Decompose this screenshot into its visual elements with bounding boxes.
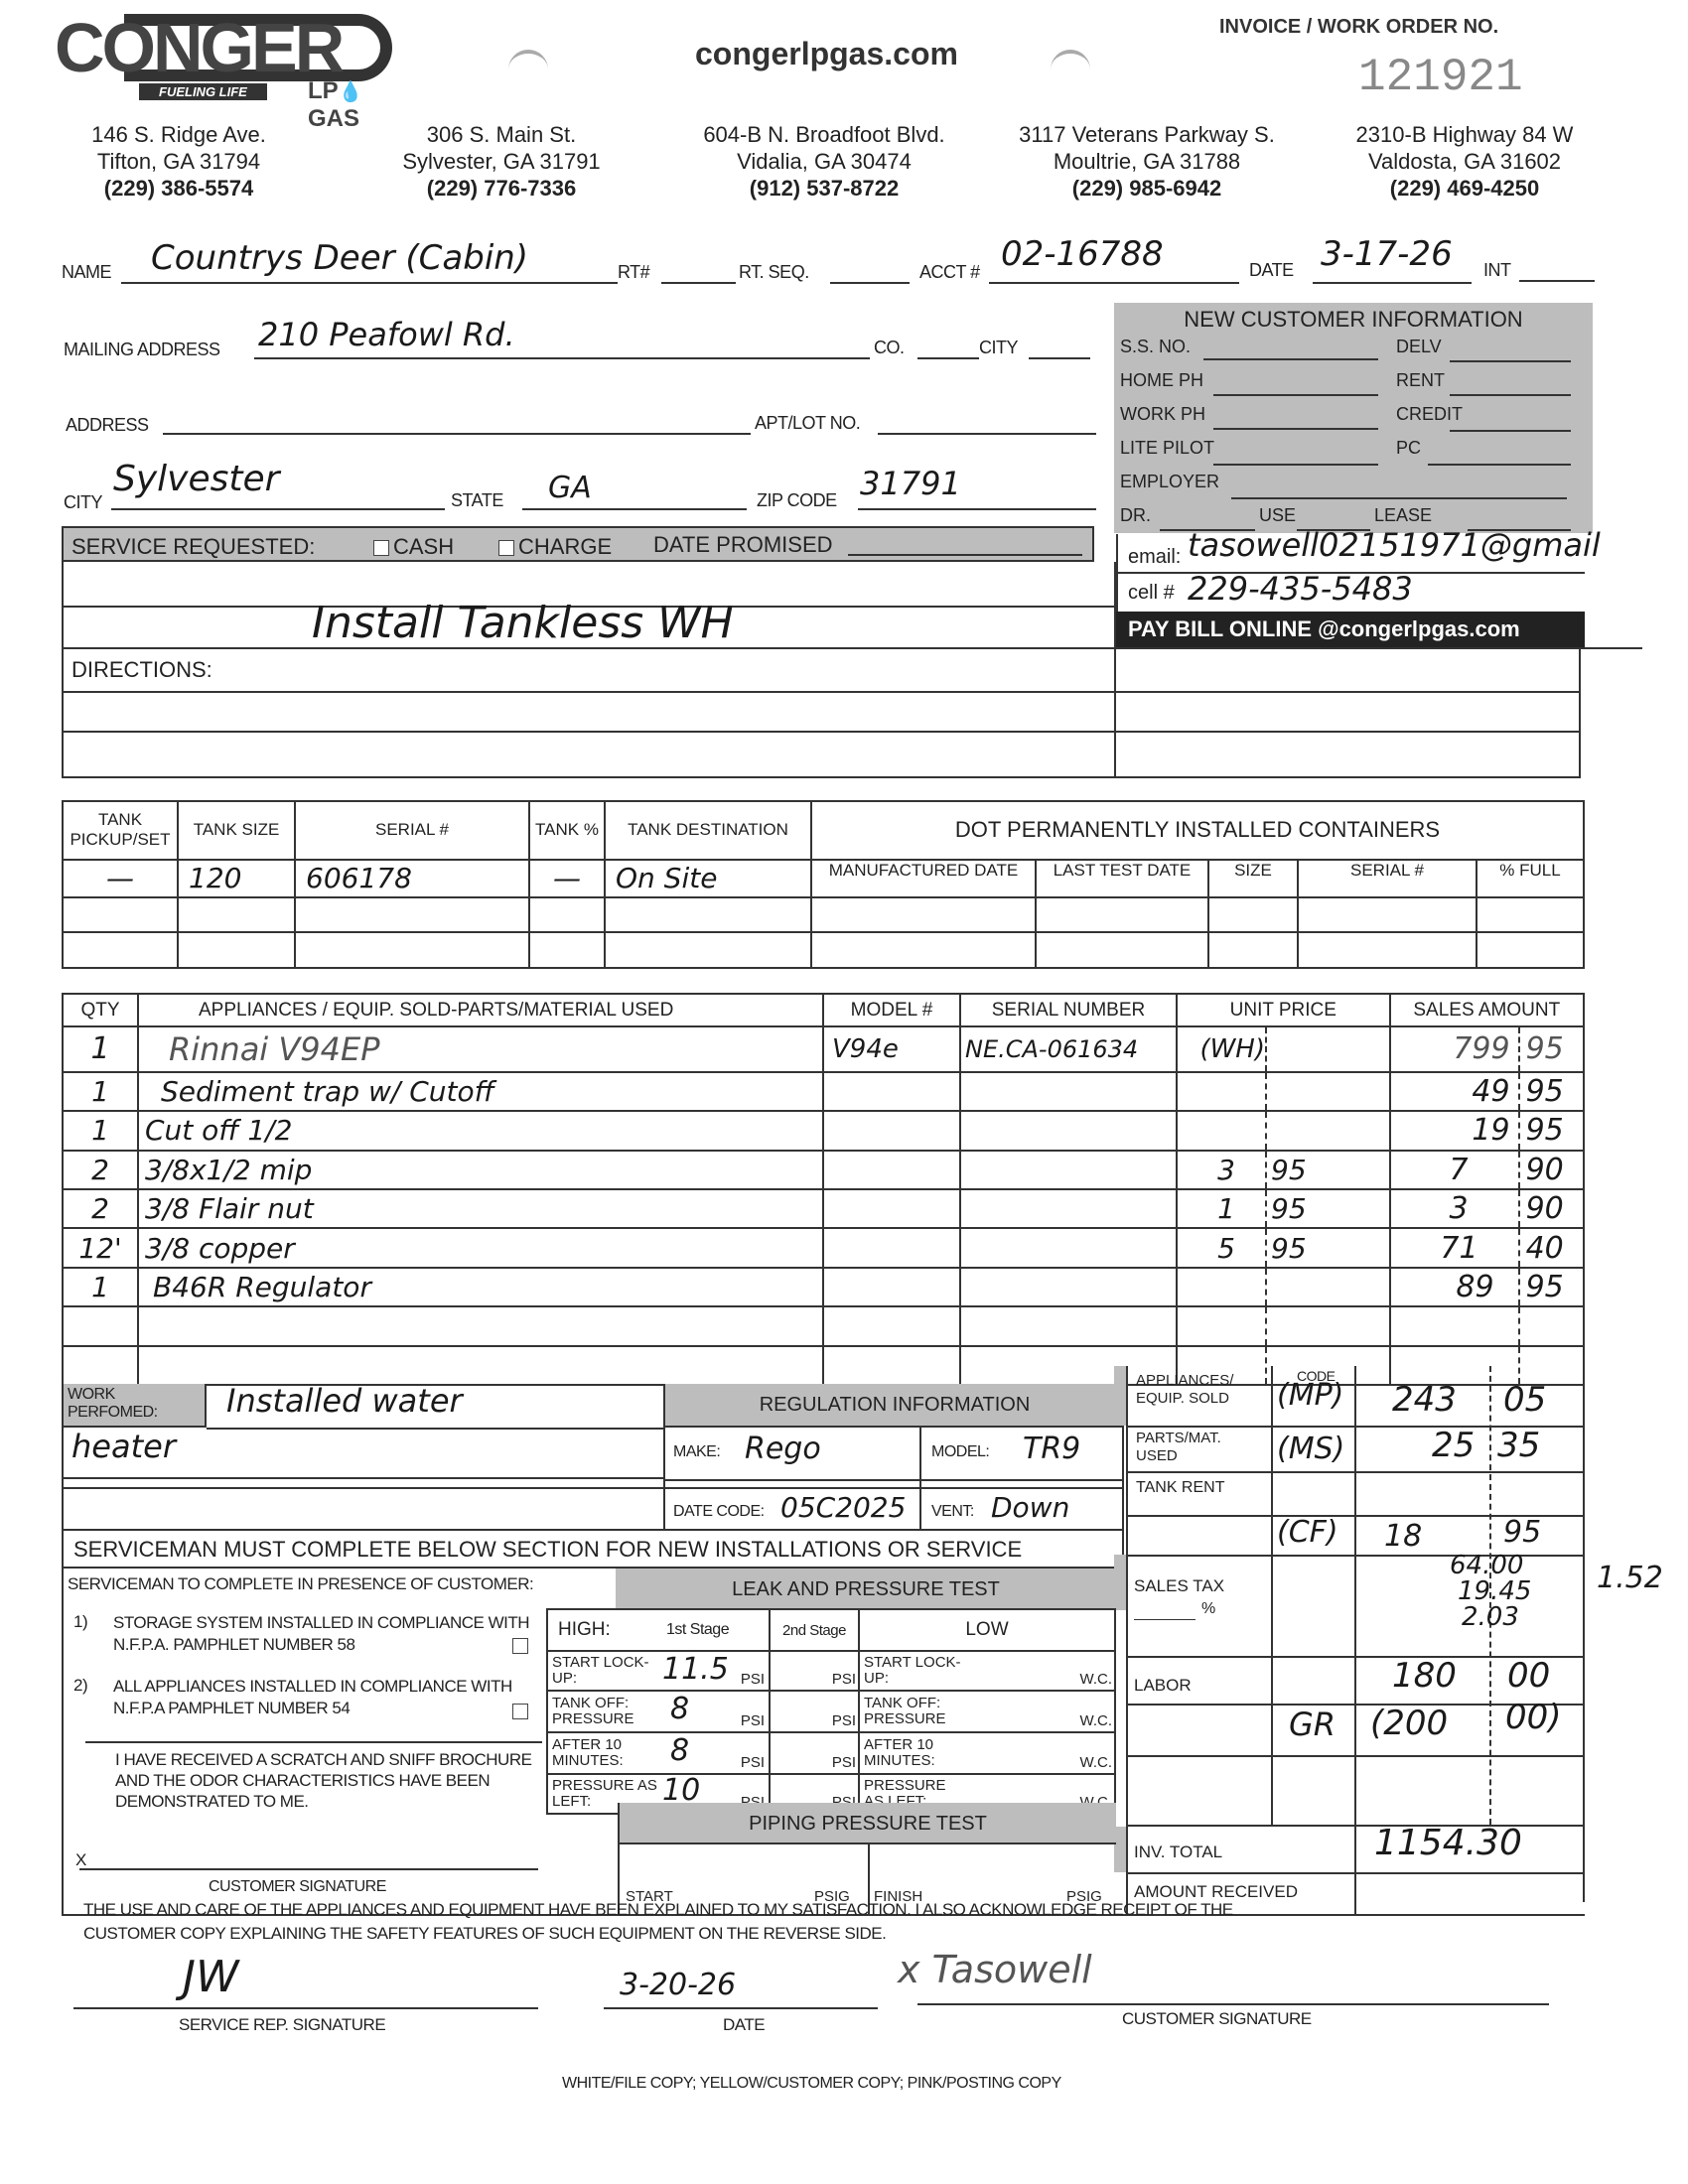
logo-tagline: FUELING LIFE (139, 83, 267, 100)
zip-field[interactable]: 31791 (858, 469, 1096, 510)
locations: 146 S. Ridge Ave. Tifton, GA 31794 (229)… (40, 121, 1628, 201)
dot-row[interactable] (811, 932, 1584, 968)
make-label: MAKE: (673, 1443, 720, 1461)
mailing-label: MAILING ADDRESS (64, 340, 220, 360)
customer-signature[interactable]: x Tasowell (917, 1946, 1549, 2005)
punch-hole-right (1051, 50, 1090, 89)
service-request-text[interactable]: Install Tankless WH (312, 598, 734, 648)
items-table: QTY APPLIANCES / EQUIP. SOLD-PARTS/MATER… (62, 993, 1585, 1386)
piping-test-title: PIPING PRESSURE TEST (618, 1803, 1116, 1844)
tax-note-1: 64.00 (1450, 1553, 1523, 1578)
work-ph-field[interactable] (1213, 416, 1378, 430)
work-line-1[interactable]: Installed water (226, 1382, 463, 1420)
tax-note-2: 19.45 (1458, 1578, 1531, 1604)
compliance-checkbox-2[interactable] (512, 1704, 528, 1719)
labor-label: LABOR (1134, 1676, 1192, 1696)
make-value[interactable]: Rego (745, 1432, 821, 1466)
state-field[interactable]: GA (522, 473, 747, 510)
compliance-item-2: ALL APPLIANCES INSTALLED IN COMPLIANCE W… (113, 1676, 540, 1719)
leak-test-title: LEAK AND PRESSURE TEST (616, 1569, 1116, 1610)
tank-row[interactable] (63, 897, 811, 931)
sales-tax-pct-field[interactable] (1134, 1604, 1196, 1620)
tank-row[interactable] (63, 932, 811, 968)
item-row[interactable] (63, 1306, 1584, 1345)
mailing-field[interactable]: 210 Peafowl Rd. (254, 318, 870, 359)
co-label: CO. (874, 338, 905, 358)
location-moultrie: 3117 Veterans Parkway S. Moultrie, GA 31… (988, 121, 1306, 202)
item-row[interactable]: 1 Sediment trap w/ Cutoff 49 95 (63, 1072, 1584, 1111)
gr-cents: 00) (1505, 1698, 1562, 1737)
co-field[interactable] (917, 338, 979, 359)
summary-label-tank-rent: TANK RENT (1136, 1479, 1224, 1497)
employer-field[interactable] (1231, 485, 1567, 499)
new-customer-panel: NEW CUSTOMER INFORMATION S.S. NO. DELV H… (1114, 303, 1593, 533)
summary-dollars-appliances: 243 (1392, 1380, 1457, 1420)
item-row[interactable]: 1 Cut off 1/2 19 95 (63, 1111, 1584, 1150)
acct-label: ACCT # (919, 262, 980, 283)
logo-brand: CONGER (55, 8, 342, 87)
ss-label: S.S. NO. (1120, 337, 1191, 357)
location-vidalia: 604-B N. Broadfoot Blvd. Vidalia, GA 304… (660, 121, 988, 202)
city-label: CITY (64, 492, 102, 513)
work-ph-label: WORK PH (1120, 404, 1205, 425)
location-valdosta: 2310-B Highway 84 W Valdosta, GA 31602 (… (1321, 121, 1609, 202)
address-field[interactable] (163, 413, 751, 435)
rt-label: RT# (618, 262, 649, 283)
summary-code-appliances: (MP) (1277, 1378, 1343, 1413)
inv-total-label: INV. TOTAL (1134, 1843, 1222, 1862)
punch-hole-left (508, 50, 548, 89)
city-field[interactable]: Sylvester (111, 467, 445, 510)
name-label: NAME (62, 262, 111, 283)
item-row[interactable]: 12' 3/8 copper 5 95 71 40 (63, 1228, 1584, 1267)
cell-value: 229-435-5483 (1188, 570, 1413, 608)
compliance-checkbox-1[interactable] (512, 1638, 528, 1654)
vent-value[interactable]: Down (991, 1491, 1069, 1524)
regulation-title-bar: REGULATION INFORMATION (663, 1384, 1124, 1428)
apt-field[interactable] (878, 413, 1096, 435)
gr-dollars: (200 (1370, 1704, 1448, 1743)
date-promised-field[interactable] (848, 554, 1082, 556)
company-logo: CONGER FUELING LIFE LP💧GAS (55, 12, 402, 106)
website: congerlpgas.com (695, 36, 958, 72)
leak-row-after-10[interactable]: AFTER 10 MINUTES: 8PSI PSI AFTER 10 MINU… (547, 1732, 1115, 1774)
use-label: USE (1259, 505, 1296, 526)
delv-label: DELV (1396, 337, 1442, 357)
date-field[interactable]: 3-17-26 (1313, 238, 1472, 284)
lite-pilot-field[interactable] (1213, 452, 1378, 466)
employer-label: EMPLOYER (1120, 472, 1219, 492)
summary-code-cf: (CF) (1277, 1515, 1338, 1550)
service-requested-bar: SERVICE REQUESTED: CASH CHARGE DATE PROM… (62, 526, 1094, 562)
serviceman-notice: SERVICEMAN MUST COMPLETE BELOW SECTION F… (62, 1529, 1124, 1569)
charge-checkbox[interactable]: CHARGE (498, 534, 612, 560)
int-field[interactable] (1519, 262, 1595, 282)
rtseq-label: RT. SEQ. (739, 262, 809, 283)
acct-field[interactable]: 02-16788 (989, 238, 1239, 284)
dr-label: DR. (1120, 505, 1151, 526)
item-row[interactable]: 2 3/8 Flair nut 1 95 3 90 (63, 1189, 1584, 1228)
credit-field[interactable] (1450, 418, 1571, 432)
work-line-2[interactable]: heater (71, 1428, 176, 1465)
new-customer-title: NEW CUSTOMER INFORMATION (1114, 307, 1593, 333)
location-tifton: 146 S. Ridge Ave. Tifton, GA 31794 (229)… (40, 121, 318, 202)
summary-label-parts: PARTS/MAT. USED (1136, 1430, 1245, 1465)
leak-test-table: HIGH: 1st Stage 2nd Stage LOW START LOCK… (546, 1608, 1116, 1815)
location-sylvester: 306 S. Main St. Sylvester, GA 31791 (229… (357, 121, 645, 202)
sales-tax-label: SALES TAX (1134, 1576, 1224, 1596)
name-field[interactable]: Countrys Deer (Cabin) (121, 244, 618, 284)
rent-label: RENT (1396, 370, 1445, 391)
lite-pilot-label: LITE PILOT (1120, 438, 1214, 459)
tank-table: TANK PICKUP/SET TANK SIZE SERIAL # TANK … (62, 800, 812, 969)
flame-icon: 💧 (339, 81, 363, 103)
summary-cents-cf: 95 (1503, 1515, 1541, 1550)
pc-field[interactable] (1428, 452, 1571, 466)
signature-date[interactable]: 3-20-26 (604, 1968, 878, 2009)
summary-dollars-cf: 18 (1384, 1519, 1422, 1554)
datecode-label: DATE CODE: (673, 1503, 765, 1521)
summary-panel: CODE APPLIANCES/ EQUIP. SOLD (MP) 243 05… (1114, 1366, 1585, 1902)
delv-field[interactable] (1450, 348, 1571, 362)
state-label: STATE (451, 490, 503, 511)
service-rep-signature-label: SERVICE REP. SIGNATURE (179, 2015, 385, 2035)
signature-date-label: DATE (723, 2015, 765, 2035)
model-label: MODEL: (931, 1443, 989, 1461)
rtseq-field[interactable] (830, 264, 910, 284)
apt-label: APT/LOT NO. (755, 413, 860, 434)
email-box[interactable]: email: tasowell02151971@gmail (1116, 534, 1585, 574)
tank-row[interactable]: — 120 606178 — On Site (63, 860, 811, 897)
compliance-item-1: STORAGE SYSTEM INSTALLED IN COMPLIANCE W… (113, 1612, 540, 1656)
leak-row-tank-off[interactable]: TANK OFF: PRESSURE 8PSI PSI TANK OFF: PR… (547, 1691, 1115, 1732)
dot-table: DOT PERMANENTLY INSTALLED CONTAINERS MAN… (810, 800, 1585, 969)
tax-side-note: 1.52 (1597, 1561, 1663, 1595)
invoice-number: 121921 (1358, 52, 1523, 103)
work-section: WORK PERFOMED: Installed water heater RE… (62, 1384, 1124, 1489)
item-row[interactable]: 2 3/8x1/2 mip 3 95 7 90 (63, 1151, 1584, 1189)
summary-dollars-parts: 25 (1432, 1426, 1475, 1465)
scratch-sniff-text: I HAVE RECEIVED A SCRATCH AND SNIFF BROC… (115, 1749, 552, 1812)
directions-box[interactable] (62, 647, 1581, 778)
home-ph-field[interactable] (1213, 382, 1378, 396)
item-row[interactable]: 1 Rinnai V94EP V94e NE.CA-061634 (WH) 79… (63, 1026, 1584, 1072)
pc-label: PC (1396, 438, 1421, 459)
compliance-title: SERVICEMAN TO COMPLETE IN PRESENCE OF CU… (68, 1574, 533, 1594)
regulation-row-2: DATE CODE: 05C2025 VENT: Down (62, 1489, 1124, 1531)
email-value: tasowell02151971@gmail (1188, 526, 1601, 564)
pay-online-banner[interactable]: PAY BILL ONLINE @congerlpgas.com (1116, 612, 1585, 647)
zip-label: ZIP CODE (757, 490, 837, 511)
item-row[interactable]: 1 B46R Regulator 89 95 (63, 1268, 1584, 1306)
summary-label-appliances: APPLIANCES/ EQUIP. SOLD (1136, 1372, 1255, 1408)
tax-note-3: 2.03 (1462, 1604, 1519, 1630)
rent-field[interactable] (1450, 382, 1571, 396)
summary-cents-appliances: 05 (1503, 1380, 1546, 1420)
date-label: DATE (1249, 260, 1294, 281)
address-label: ADDRESS (66, 415, 149, 436)
lease-label: LEASE (1374, 505, 1432, 526)
labor-cents: 00 (1507, 1656, 1550, 1696)
int-label: INT (1483, 260, 1511, 281)
ss-field[interactable] (1203, 346, 1378, 360)
city2-field[interactable] (1029, 338, 1090, 359)
datecode-value[interactable]: 05C2025 (780, 1491, 906, 1524)
labor-dollars: 180 (1392, 1656, 1457, 1696)
home-ph-label: HOME PH (1120, 370, 1203, 391)
work-performed-label: WORK PERFOMED: (64, 1384, 207, 1428)
customer-signature-line-1[interactable] (79, 1843, 538, 1870)
dot-row[interactable] (811, 897, 1584, 931)
rt-field[interactable] (661, 264, 736, 284)
copy-distribution: WHITE/FILE COPY; YELLOW/CUSTOMER COPY; P… (562, 2075, 1061, 2093)
cell-box[interactable]: cell # 229-435-5483 (1116, 574, 1585, 612)
summary-code-parts: (MS) (1277, 1432, 1344, 1466)
model-value[interactable]: TR9 (1023, 1432, 1080, 1466)
gr-code: GR (1289, 1706, 1336, 1743)
invoice-label: INVOICE / WORK ORDER NO. (1219, 16, 1498, 39)
city2-label: CITY (979, 338, 1018, 358)
cash-checkbox[interactable]: CASH (373, 534, 454, 560)
service-rep-signature[interactable]: JW (73, 1956, 538, 2009)
acknowledgement-text: THE USE AND CARE OF THE APPLIANCES AND E… (83, 1898, 1295, 1946)
leak-row-start-lockup[interactable]: START LOCK-UP: 11.5PSI PSI START LOCK-UP… (547, 1651, 1115, 1691)
vent-label: VENT: (931, 1503, 974, 1521)
inv-total-value[interactable]: 1154.30 (1374, 1823, 1522, 1863)
logo-lp: LP (308, 77, 339, 104)
summary-cents-parts: 35 (1497, 1426, 1540, 1465)
customer-signature-label: CUSTOMER SIGNATURE (1122, 2009, 1312, 2029)
